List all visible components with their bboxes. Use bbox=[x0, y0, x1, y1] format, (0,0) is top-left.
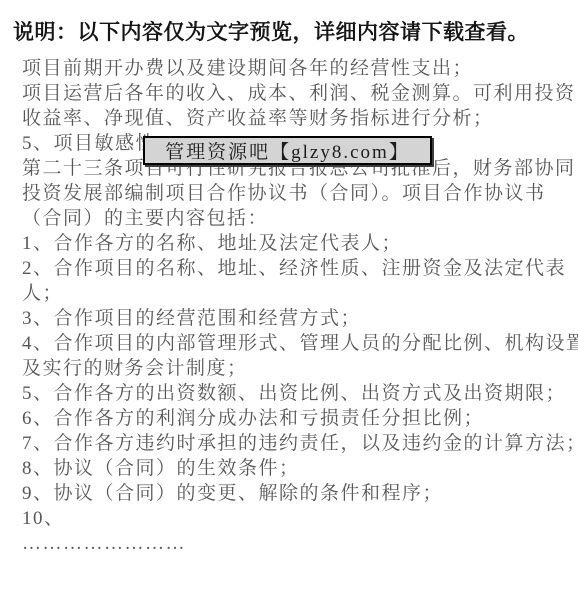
text-line: 2、合作项目的名称、地址、经济性质、注册资金及法定代表 bbox=[22, 256, 570, 281]
text-line: （合同）的主要内容包括： bbox=[22, 206, 570, 231]
text-line: 10、 bbox=[22, 506, 570, 531]
watermark-text: 管理资源吧【glzy8.com】 bbox=[165, 137, 410, 164]
text-line: 1、合作各方的名称、地址及法定代表人； bbox=[22, 231, 570, 256]
text-line: 人； bbox=[22, 281, 570, 306]
preview-notice: 说明：以下内容仅为文字预览，详细内容请下载查看。 bbox=[13, 16, 529, 46]
text-line: 3、合作项目的经营范围和经营方式； bbox=[22, 306, 570, 331]
watermark-banner: 管理资源吧【glzy8.com】 bbox=[143, 136, 432, 165]
text-line: 6、合作各方的利润分成办法和亏损责任分担比例； bbox=[22, 406, 570, 431]
text-line: 8、协议（合同）的生效条件； bbox=[22, 456, 570, 481]
text-line: 项目运营后各年的收入、成本、利润、税金测算。可利用投资 bbox=[22, 81, 570, 106]
text-line: 9、协议（合同）的变更、解除的条件和程序； bbox=[22, 481, 570, 506]
text-line: 5、合作各方的出资数额、出资比例、出资方式及出资期限； bbox=[22, 381, 570, 406]
ellipsis-line: …………………… bbox=[22, 531, 570, 556]
text-line: 收益率、净现值、资产收益率等财务指标进行分析； bbox=[22, 106, 570, 131]
text-line: 7、合作各方违约时承担的违约责任，以及违约金的计算方法； bbox=[22, 431, 570, 456]
text-line: 投资发展部编制项目合作协议书（合同）。项目合作协议书 bbox=[22, 181, 570, 206]
document-body: 项目前期开办费以及建设期间各年的经营性支出； 项目运营后各年的收入、成本、利润、… bbox=[22, 56, 570, 556]
text-line: 项目前期开办费以及建设期间各年的经营性支出； bbox=[22, 56, 570, 81]
text-line: 4、合作项目的内部管理形式、管理人员的分配比例、机构设置 bbox=[22, 331, 570, 356]
text-line: 及实行的财务会计制度； bbox=[22, 356, 570, 381]
